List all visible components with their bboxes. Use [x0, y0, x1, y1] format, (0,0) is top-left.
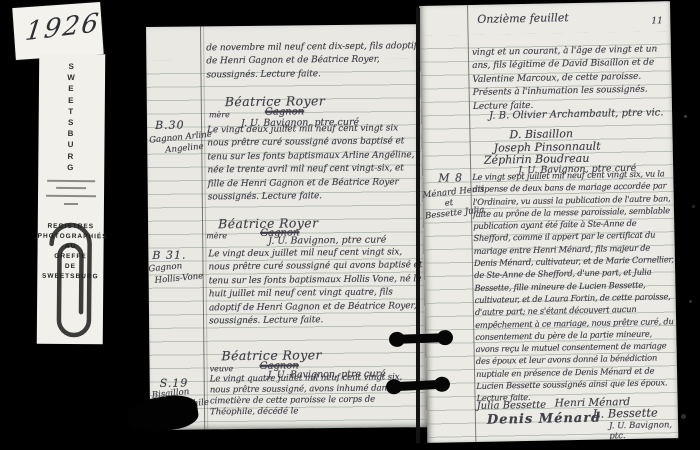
marriage-signature-lbessette: L. Bessette	[593, 405, 658, 420]
spine-vertical-title: SWEETSBURG	[65, 61, 76, 173]
micro-text-line	[46, 195, 96, 197]
year-tag: 1926	[12, 2, 103, 60]
entry-id: B 31.	[152, 249, 186, 262]
entry-body: Le vingt deux juillet mil neuf cent ving…	[207, 122, 420, 205]
right-page: Onzième feuillet 11 vingt et un courant,…	[419, 1, 678, 443]
left-page: de novembre mil neuf cent dix-sept, fils…	[146, 24, 427, 430]
signature-struck: Gagnon	[265, 106, 304, 117]
year-tag-text: 1926	[24, 8, 102, 47]
entry-body: Le vingt sept juillet mil neuf cent ving…	[472, 167, 676, 404]
priest-signature: J. U. Bavignon, ptc.	[609, 420, 678, 441]
marriage-signature-julia: Julia Bessette	[477, 400, 547, 412]
paper-clip-icon	[41, 198, 100, 359]
entry-id: M 8	[438, 171, 463, 184]
folio-header: Onzième feuillet	[477, 11, 569, 26]
binder-fastener-top	[394, 333, 448, 344]
marriage-signature-denis: Denis Ménard	[487, 411, 602, 428]
signature-note: mère	[206, 231, 227, 240]
signature-note: veuve	[210, 364, 234, 373]
micro-text-line	[47, 180, 95, 182]
witness-signature: D. Bisaillon	[509, 127, 573, 141]
binder-fastener-bottom	[391, 380, 445, 392]
folio-number: 11	[651, 16, 663, 26]
page-gutter	[416, 8, 420, 443]
entry-id: B.30	[155, 119, 185, 132]
spine-strip: SWEETSBURG REGISTRES PHOTOGRAPHIÉS AU GR…	[37, 54, 106, 345]
signature-note: mère	[209, 110, 230, 119]
entry-continuation: vingt et un courant, à l'âge de vingt et…	[472, 43, 669, 114]
register-scan: 1926 SWEETSBURG REGISTRES PHOTOGRAPHIÉS …	[0, 0, 700, 450]
entry-continuation: de novembre mil neuf cent dix-sept, fils…	[206, 40, 418, 82]
entry-body: Le vingt deux juillet mil neuf cent ving…	[208, 246, 423, 329]
micro-text-line	[56, 187, 86, 189]
scan-specks	[684, 115, 687, 118]
priest-signature: J. U. Bavignon, ptre curé	[268, 234, 386, 246]
